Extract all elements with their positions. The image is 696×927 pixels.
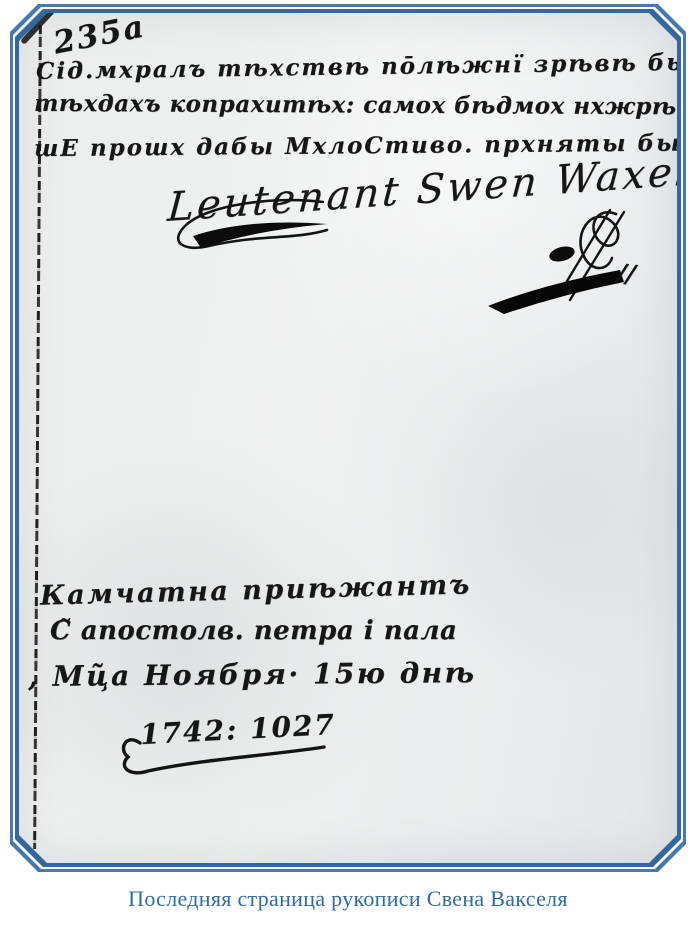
lower-line-3: , Мц̃а Ноября· 15ю днѣ xyxy=(28,656,477,693)
manuscript-line-1: Сід.мхралъ тѣхствѣ пōлѣжнї зрѣвѣ быгахи … xyxy=(36,46,696,85)
manuscript-line-2: тѣхдахъ копрахитѣх: самох бѣдмох нхжрѣ. … xyxy=(34,90,696,121)
lower-line-1: Камчатна приѣжантъ xyxy=(40,569,472,611)
figure-caption: Последняя страница рукописи Свена Ваксел… xyxy=(0,886,696,912)
page-number: 235a xyxy=(50,8,148,61)
signature-swash-graphic xyxy=(165,196,345,258)
figure-frame: 235a Сід.мхралъ тѣхствѣ пōлѣжнї зрѣвѣ бы… xyxy=(10,4,686,872)
lower-line-2: С̃ апостолв. петра і пала xyxy=(50,616,457,646)
book-page: 235a Сід.мхралъ тѣхствѣ пōлѣжнї зрѣвѣ бы… xyxy=(0,0,696,927)
slash-marks: // xyxy=(616,258,637,289)
date-underline-graphic xyxy=(114,729,334,787)
manuscript-photo: 235a Сід.мхралъ тѣхствѣ пōлѣжнї зрѣвѣ бы… xyxy=(19,13,677,863)
